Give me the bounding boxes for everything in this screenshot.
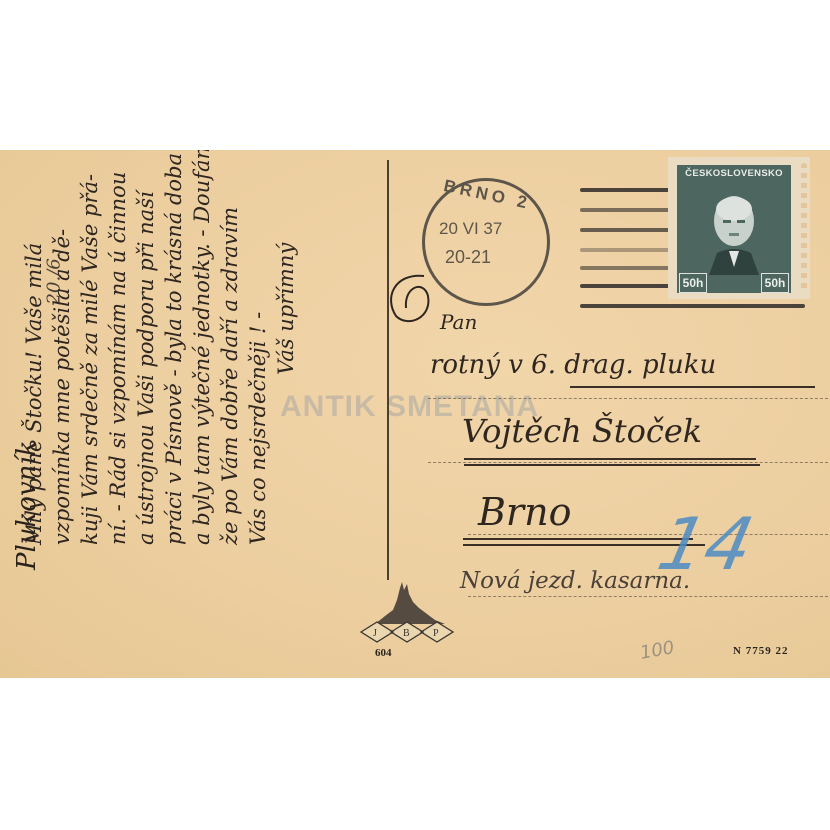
publisher-logo-icon: J B P — [355, 580, 465, 650]
postcard: ANTIK SMETANA 20./6. Milý pane Štočku! V… — [0, 150, 830, 678]
postmark-city: BRNO 2 — [442, 176, 532, 214]
svg-text:B: B — [403, 628, 410, 639]
address-rule — [468, 534, 828, 535]
blue-pencil-mark: 14 — [651, 502, 760, 586]
serial-number: N 7759 22 — [733, 645, 788, 657]
message-line: a ústrojnou Vaši podporu při naší — [132, 150, 160, 545]
divider-line — [387, 160, 389, 580]
message-line: kuji Vám srdečně za milé Vaše přá- — [76, 150, 104, 545]
postage-stamp: ČESKOSLOVENSKO 50h 50h — [668, 157, 810, 299]
message-line: že po Vám dobře daří a zdravím — [216, 150, 244, 545]
address-salutation: Pan — [440, 310, 477, 334]
message-line: vzpomínka mne potěšila a dě- — [48, 150, 76, 545]
message-line: ní. - Rád si vzpomínám na ú činnou — [104, 150, 132, 545]
svg-text:P: P — [433, 628, 439, 639]
stamp-value: 50h — [679, 273, 707, 293]
address-line-1: rotný v 6. drag. pluku — [430, 350, 716, 380]
signature: Plukovník — [12, 441, 42, 570]
portrait-icon — [699, 187, 769, 275]
publisher-number: 604 — [375, 647, 392, 659]
postmark-date: 20 VI 37 — [439, 219, 502, 239]
stamp-value: 50h — [761, 273, 789, 293]
address-rule — [468, 596, 828, 597]
address-rule — [428, 398, 828, 399]
handwritten-message: Milý pane Štočku! Vaše milá vzpomínka mn… — [20, 150, 300, 545]
grey-pencil-mark: 100 — [638, 637, 675, 664]
svg-text:J: J — [373, 628, 377, 639]
address-line-3: Brno — [478, 490, 571, 534]
message-line: práci v Písnově - byla to krásná doba — [160, 150, 188, 545]
message-line: Vás co nejsrdečněji ! - — [244, 150, 272, 545]
address-line-2: Vojtěch Štoček — [462, 412, 702, 450]
stamp-perforation — [801, 163, 807, 293]
stamp-country: ČESKOSLOVENSKO — [677, 168, 791, 179]
message-line: a byly tam výtečné jednotky. - Doufám — [188, 150, 216, 545]
message-closing: Váš upřímný — [272, 150, 300, 545]
address-rule — [428, 462, 828, 463]
postmark-time: 20-21 — [445, 247, 491, 268]
